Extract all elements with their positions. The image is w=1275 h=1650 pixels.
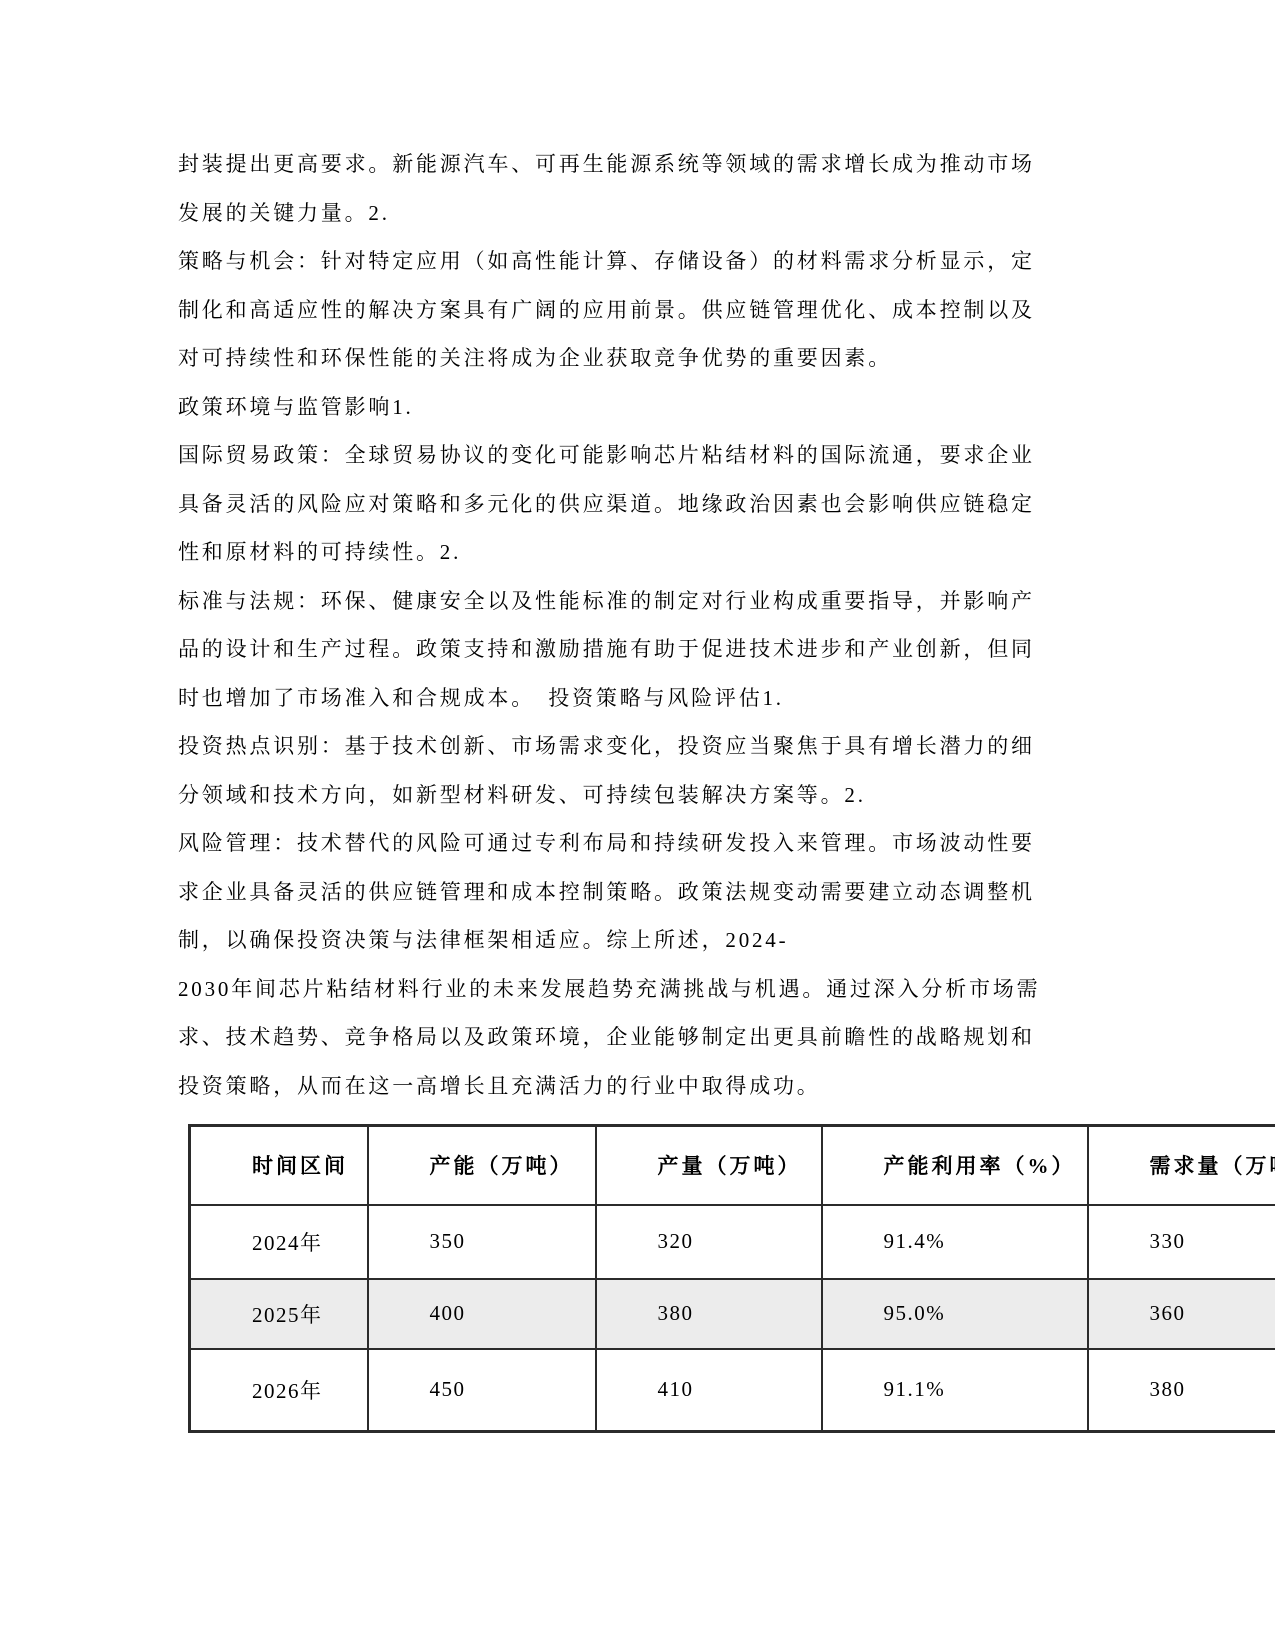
header-cell-output: 产量（万吨） — [596, 1126, 822, 1205]
cell-year: 2024年 — [190, 1205, 368, 1279]
text-line: 求企业具备灵活的供应链管理和成本控制策略。政策法规变动需要建立动态调整机 — [178, 868, 1058, 917]
text-line: 政策环境与监管影响1. — [178, 383, 1058, 432]
header-cell-time-range: 时间区间 — [190, 1126, 368, 1205]
text-line: 时也增加了市场准入和合规成本。 投资策略与风险评估1. — [178, 674, 1058, 723]
capacity-demand-table: 时间区间 产能（万吨） 产量（万吨） 产能利用率（%） 需求量（万吨） 2024… — [188, 1124, 1275, 1433]
text-line: 品的设计和生产过程。政策支持和激励措施有助于促进技术进步和产业创新，但同 — [178, 625, 1058, 674]
cell-capacity: 450 — [368, 1349, 596, 1432]
header-cell-capacity: 产能（万吨） — [368, 1126, 596, 1205]
text-line: 求、技术趋势、竞争格局以及政策环境，企业能够制定出更具前瞻性的战略规划和 — [178, 1013, 1058, 1062]
text-line: 制，以确保投资决策与法律框架相适应。综上所述，2024- — [178, 916, 1058, 965]
text-line: 投资热点识别：基于技术创新、市场需求变化，投资应当聚焦于具有增长潜力的细 — [178, 722, 1058, 771]
text-line: 策略与机会：针对特定应用（如高性能计算、存储设备）的材料需求分析显示，定 — [178, 237, 1058, 286]
text-line: 标准与法规：环保、健康安全以及性能标准的制定对行业构成重要指导，并影响产 — [178, 577, 1058, 626]
cell-year: 2025年 — [190, 1279, 368, 1349]
cell-year: 2026年 — [190, 1349, 368, 1432]
cell-utilization: 95.0% — [822, 1279, 1088, 1349]
table-row: 2026年 450 410 91.1% 380 — [190, 1349, 1275, 1432]
cell-capacity: 350 — [368, 1205, 596, 1279]
text-line: 国际贸易政策：全球贸易协议的变化可能影响芯片粘结材料的国际流通，要求企业 — [178, 431, 1058, 480]
text-line: 对可持续性和环保性能的关注将成为企业获取竞争优势的重要因素。 — [178, 334, 1058, 383]
body-text: 封装提出更高要求。新能源汽车、可再生能源系统等领域的需求增长成为推动市场 发展的… — [178, 140, 1058, 1110]
text-line: 投资策略，从而在这一高增长且充满活力的行业中取得成功。 — [178, 1062, 1058, 1111]
table-header-row: 时间区间 产能（万吨） 产量（万吨） 产能利用率（%） 需求量（万吨） — [190, 1126, 1275, 1205]
cell-demand: 330 — [1088, 1205, 1275, 1279]
document-page: 封装提出更高要求。新能源汽车、可再生能源系统等领域的需求增长成为推动市场 发展的… — [0, 0, 1275, 1650]
text-line: 分领域和技术方向，如新型材料研发、可持续包装解决方案等。2. — [178, 771, 1058, 820]
text-line: 封装提出更高要求。新能源汽车、可再生能源系统等领域的需求增长成为推动市场 — [178, 140, 1058, 189]
cell-utilization: 91.4% — [822, 1205, 1088, 1279]
header-cell-utilization: 产能利用率（%） — [822, 1126, 1088, 1205]
text-line: 具备灵活的风险应对策略和多元化的供应渠道。地缘政治因素也会影响供应链稳定 — [178, 480, 1058, 529]
header-cell-demand: 需求量（万吨） — [1088, 1126, 1275, 1205]
cell-demand: 380 — [1088, 1349, 1275, 1432]
text-line: 风险管理：技术替代的风险可通过专利布局和持续研发投入来管理。市场波动性要 — [178, 819, 1058, 868]
text-line: 制化和高适应性的解决方案具有广阔的应用前景。供应链管理优化、成本控制以及 — [178, 286, 1058, 335]
text-line: 性和原材料的可持续性。2. — [178, 528, 1058, 577]
text-line: 发展的关键力量。2. — [178, 189, 1058, 238]
cell-output: 380 — [596, 1279, 822, 1349]
cell-output: 410 — [596, 1349, 822, 1432]
table-row: 2025年 400 380 95.0% 360 — [190, 1279, 1275, 1349]
cell-output: 320 — [596, 1205, 822, 1279]
cell-capacity: 400 — [368, 1279, 596, 1349]
table-region: 时间区间 产能（万吨） 产量（万吨） 产能利用率（%） 需求量（万吨） 2024… — [188, 1124, 1275, 1436]
cell-utilization: 91.1% — [822, 1349, 1088, 1432]
table-row: 2024年 350 320 91.4% 330 — [190, 1205, 1275, 1279]
text-line: 2030年间芯片粘结材料行业的未来发展趋势充满挑战与机遇。通过深入分析市场需 — [178, 965, 1058, 1014]
cell-demand: 360 — [1088, 1279, 1275, 1349]
